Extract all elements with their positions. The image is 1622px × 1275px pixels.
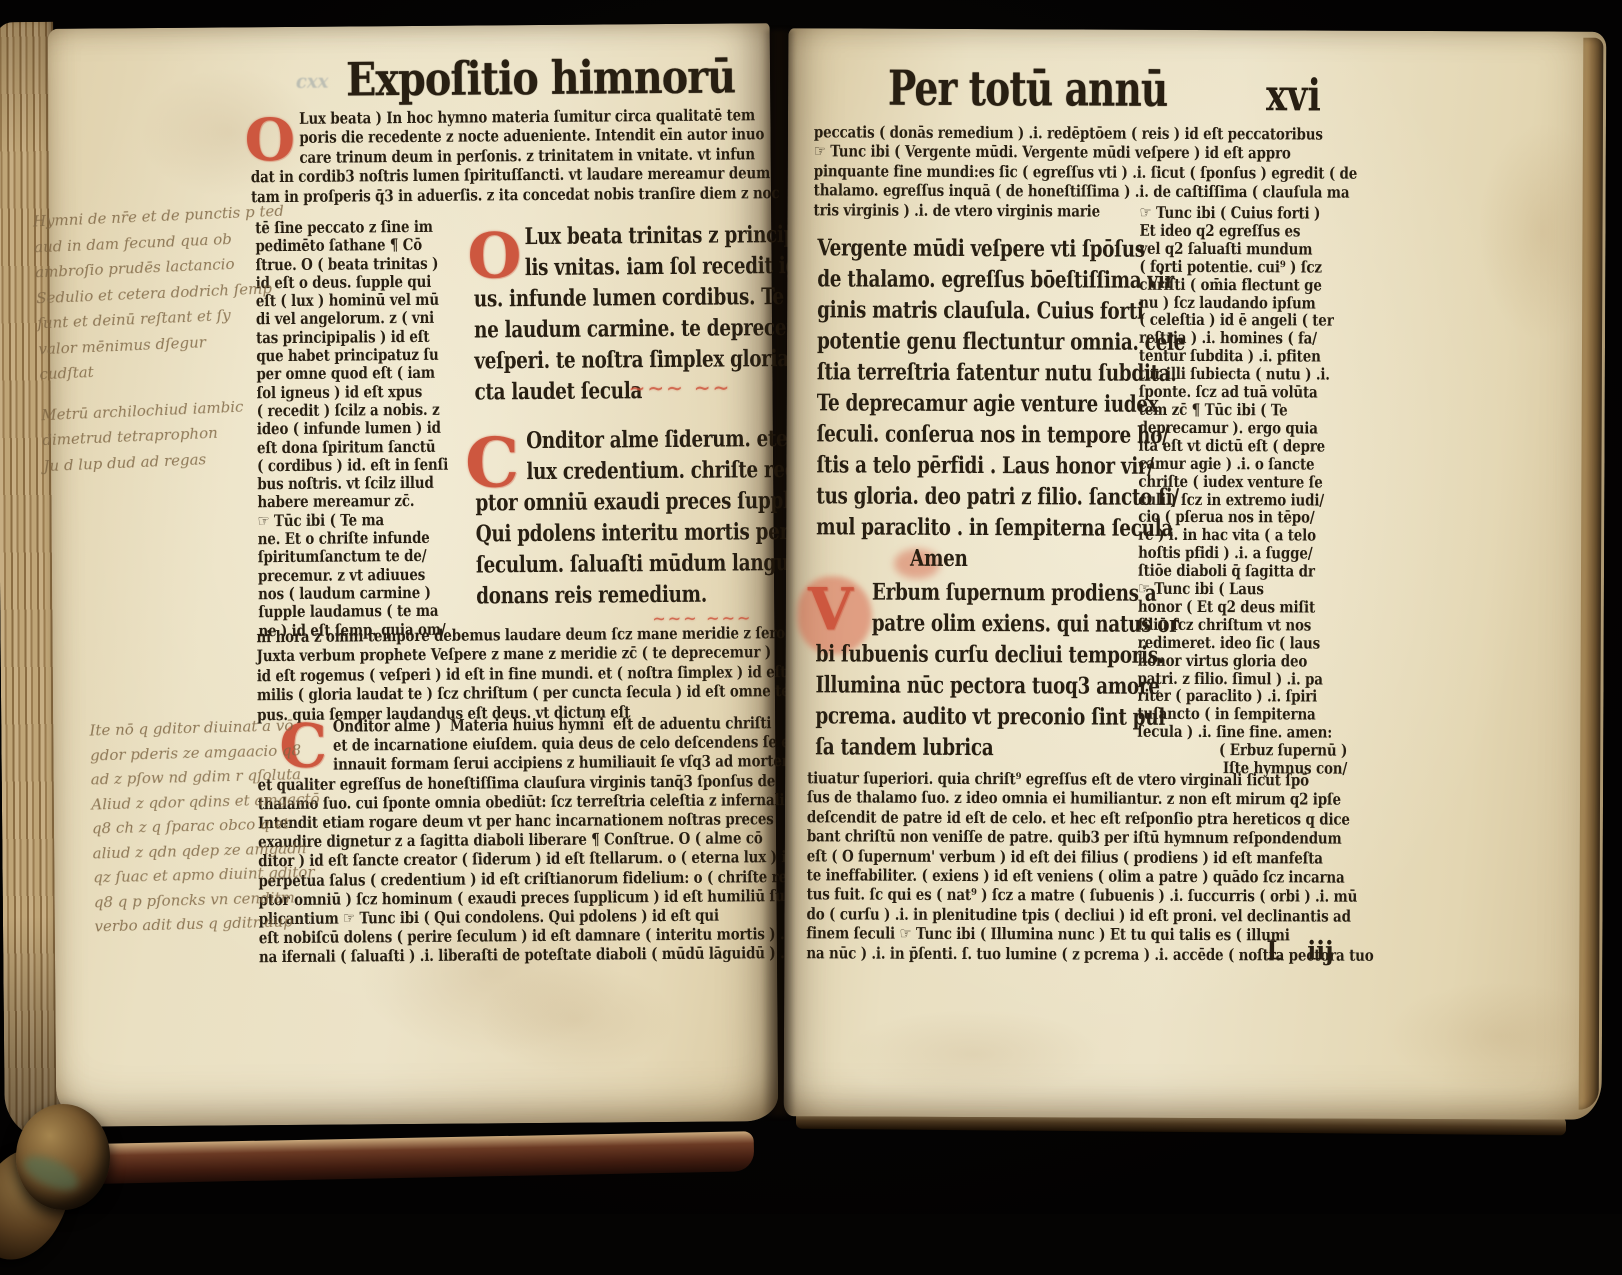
text-line: Te deprecamur agie venture iudex: [817, 387, 1185, 420]
handwritten-marginalia-bottom: Ite nō q gditor diuinat a vōgdor pderis …: [89, 713, 323, 939]
text-line: tem zc̄ ¶ Tūc ibi ( Te: [1139, 401, 1349, 420]
text-line: ſus de thalamo ſuo. z ideo omnia ei humi…: [807, 788, 1374, 810]
text-line: ginis matris clauſula. Cuius forti: [817, 294, 1185, 327]
text-line: chriſte ( iudex venture ſe: [1138, 472, 1348, 491]
text-line: ( Erbuz ſupernū ): [1137, 741, 1347, 760]
text-line: patre olim exiens. qui natus or: [872, 608, 1179, 640]
text-line: pinquante fine mundi:es ſic ( egreſſus v…: [814, 161, 1357, 183]
text-line: Erbum ſupernum prodiens a: [872, 577, 1179, 609]
folio-number: xvi: [1266, 70, 1321, 121]
right-page-header: Per totū annū: [888, 61, 1168, 118]
text-line: tus fuit. ſc qui es ( nat⁹ ) ſcz a matre…: [807, 885, 1374, 907]
text-line: vel q2 ſaluaſti mundum: [1139, 240, 1349, 259]
text-line: camur agie ) .i. o ſancte: [1138, 454, 1348, 473]
text-line: tiuatur ſuperiori. quia chriſt⁹ egreſſus…: [807, 768, 1374, 790]
parchment-stain: [475, 964, 676, 1076]
text-line: tentur ſubdita ) .i. pfiten: [1139, 347, 1349, 366]
text-line: hoſtis pfidi ) .i. a ſugge/: [1138, 544, 1348, 563]
text-line: re ) i. in hac vita ( a telo: [1138, 526, 1348, 545]
text-line: thalamo. egreſſus inquā ( de honeſtiſſim…: [814, 181, 1357, 203]
bottom-full-lines: et qualiter egreſſus de honeſtiſſima cla…: [258, 770, 821, 966]
text-line: potentie genu flectuntur omnia. cele: [817, 325, 1185, 358]
text-line: ſtia terreſtria fatentur nutu ſubdita.: [817, 356, 1185, 389]
hymn-verbum-supernum: Erbum ſupernum prodiens apatre olim exie…: [815, 576, 1179, 764]
right-commentary-column: ☞ Tunc ibi ( Cuius forti )Et ideo q2 egr…: [1137, 204, 1349, 778]
text-line: patri. z filio. ſimul ) .i. pa: [1138, 669, 1348, 688]
text-line: eſt ( O ſupernum' verbum ) id eſt dei fi…: [807, 846, 1374, 868]
text-line: de thalamo. egreſſus bōeſtiſſima vir: [817, 263, 1185, 296]
text-line: tur illi ſubiecta ( nutu ) .i.: [1139, 365, 1349, 384]
text-line: habere mereamur zc̄.: [257, 492, 448, 512]
text-line: deſcendit de patre id eſt de celo. et he…: [807, 807, 1374, 829]
text-line: ☞ Tunc ibi ( Vergente mūdi. Vergente mūd…: [814, 142, 1357, 164]
text-line: mul paraclito . in ſempiterna ſecula: [816, 511, 1184, 544]
text-line: ☞ Tunc ibi ( Laus: [1138, 580, 1348, 599]
left-mid-commentary: ni hora z omni tempore debemus laudare d…: [256, 623, 810, 724]
text-line: pcrema. audito vt preconio ſint pul: [815, 700, 1178, 733]
intro-indented-lines: Lux beata ) In hoc hymno materia ſumitur…: [250, 105, 779, 167]
text-line: bi ſubuenis curſu decliui temporis.: [816, 638, 1179, 671]
text-line: reſtria ) .i. homines ( fa/: [1139, 329, 1349, 348]
text-line: ☞ Tunc ibi ( Cuius forti ): [1140, 204, 1350, 223]
text-line: ſpiritumſanctum te de/: [258, 547, 449, 567]
right-bottom-commentary: tiuatur ſuperiori. quia chriſt⁹ egreſſus…: [806, 768, 1374, 965]
text-line: te ineffabiliter. ( exiens ) id eſt veni…: [807, 865, 1374, 887]
text-line: tuſancto ( in ſempiterna: [1137, 705, 1347, 724]
text-line: ( celeſtia ) id ē angeli ( ter: [1139, 311, 1349, 330]
hymn-vergente-mundi: Vergente mūdi veſpere vti ſpōſusde thala…: [816, 232, 1185, 544]
text-line: chriſti ( om̄ia flectunt ge: [1139, 275, 1349, 294]
text-line: honor ( Et q2 deus miſit: [1138, 598, 1348, 617]
text-line: filiū ſcz chriſtum vt nos: [1138, 616, 1348, 635]
text-line: ſa tandem lubrica: [815, 731, 1178, 764]
text-line: Et ideo q2 egreſſus es: [1139, 222, 1349, 241]
text-line: na ifernali ( ſaluaſti ) .i. liberaſti d…: [259, 943, 821, 967]
parchment-stain: [844, 1008, 1104, 1099]
text-line: Illumina nūc pectora tuoq3 amore: [815, 669, 1178, 702]
text-line: ita eſt vt dictū eſt ( depre: [1139, 437, 1349, 456]
intro-full-lines: dat in cordib3 noſtris lumen ſpirituſſan…: [251, 163, 780, 206]
quire-signature: L iij: [1266, 936, 1333, 966]
text-line: honor virtus gloria deo: [1138, 651, 1348, 670]
hymn-full-lines: bi ſubuenis curſu decliui temporis.Illum…: [815, 638, 1178, 764]
text-line: riter ( paraclito ) .i. ſpiri: [1137, 687, 1347, 706]
hymn-amen: Amen: [910, 543, 968, 574]
text-line: ſtiōe diaboli q̄ ſagitta dr: [1138, 562, 1348, 581]
photo-background: cxx Expoſitio himnorū O Lux beata ) In h…: [0, 0, 1622, 1214]
text-line: deprecamur ). ergo quia: [1139, 419, 1349, 438]
text-line: redimeret. ideo ſic ( laus: [1138, 634, 1348, 653]
text-line: peccatis ( donās remedium ) .i. redēptōe…: [814, 122, 1357, 144]
text-line: ſecula ) .i. ſine fine. amen:: [1137, 723, 1347, 742]
book-gutter-shadow: [762, 30, 796, 1116]
bottom-indented-lines: Onditor alme ) Materia huius hymni eſt d…: [257, 713, 819, 775]
text-line: tus gloria. deo patri z filio. ſancto ſi…: [816, 480, 1184, 513]
text-line: do ( curſu ) .i. in plenitudine tpis ( d…: [806, 904, 1373, 926]
rubric-squiggle: ∼∼∼ ∼∼: [628, 375, 731, 400]
book-board-edge-bottom: [48, 1131, 755, 1185]
text-line: cio ( pſerua nos in tēpo/: [1138, 508, 1348, 527]
text-line: nu ) ſcz laudando ipſum: [1139, 293, 1349, 312]
left-page-title: Expoſitio himnorū: [346, 49, 735, 106]
text-line: Vergente mūdi veſpere vti ſpōſus: [817, 232, 1185, 265]
right-page: Per totū annū xvi peccatis ( donās remed…: [784, 28, 1607, 1120]
left-bottom-commentary: Onditor alme ) Materia huius hymni eſt d…: [257, 713, 821, 967]
page-edges-right: [1579, 38, 1604, 1110]
text-line: ſponte. ſcz ad tuā volūta: [1139, 383, 1349, 402]
text-line: bant chriſtū non veniſſe de patre. quib3…: [807, 827, 1374, 849]
left-intro-paragraph: Lux beata ) In hoc hymno materia ſumitur…: [250, 105, 779, 206]
hymn-indented-lines: Erbum ſupernum prodiens apatre olim exie…: [816, 576, 1179, 640]
text-line: bus noſtris. vt ſcilz illud: [257, 474, 448, 494]
ghost-folio-number: cxx: [296, 69, 329, 93]
left-page: cxx Expoſitio himnorū O Lux beata ) In h…: [48, 23, 779, 1127]
text-line: ( forti potentie. cui⁹ ) ſcz: [1139, 257, 1349, 276]
text-line: tam in proſperis q̄3 in aduerſis. z ita …: [251, 183, 779, 207]
text-line: ſtis a telo pērfidi . Laus honor vir/: [816, 449, 1184, 482]
handwritten-marginalia-top: Hymni de nr̄e et de punctis p tedaud in …: [32, 199, 294, 479]
text-line: ſupple laudamus ( te ma: [258, 602, 449, 622]
rubric-squiggle: ∼∼∼ ∼∼∼: [652, 608, 752, 628]
text-line: culi ) ſcz in extremo iudi/: [1138, 490, 1348, 509]
text-line: ſeculi. conſerua nos in tempore ho/: [817, 418, 1185, 451]
